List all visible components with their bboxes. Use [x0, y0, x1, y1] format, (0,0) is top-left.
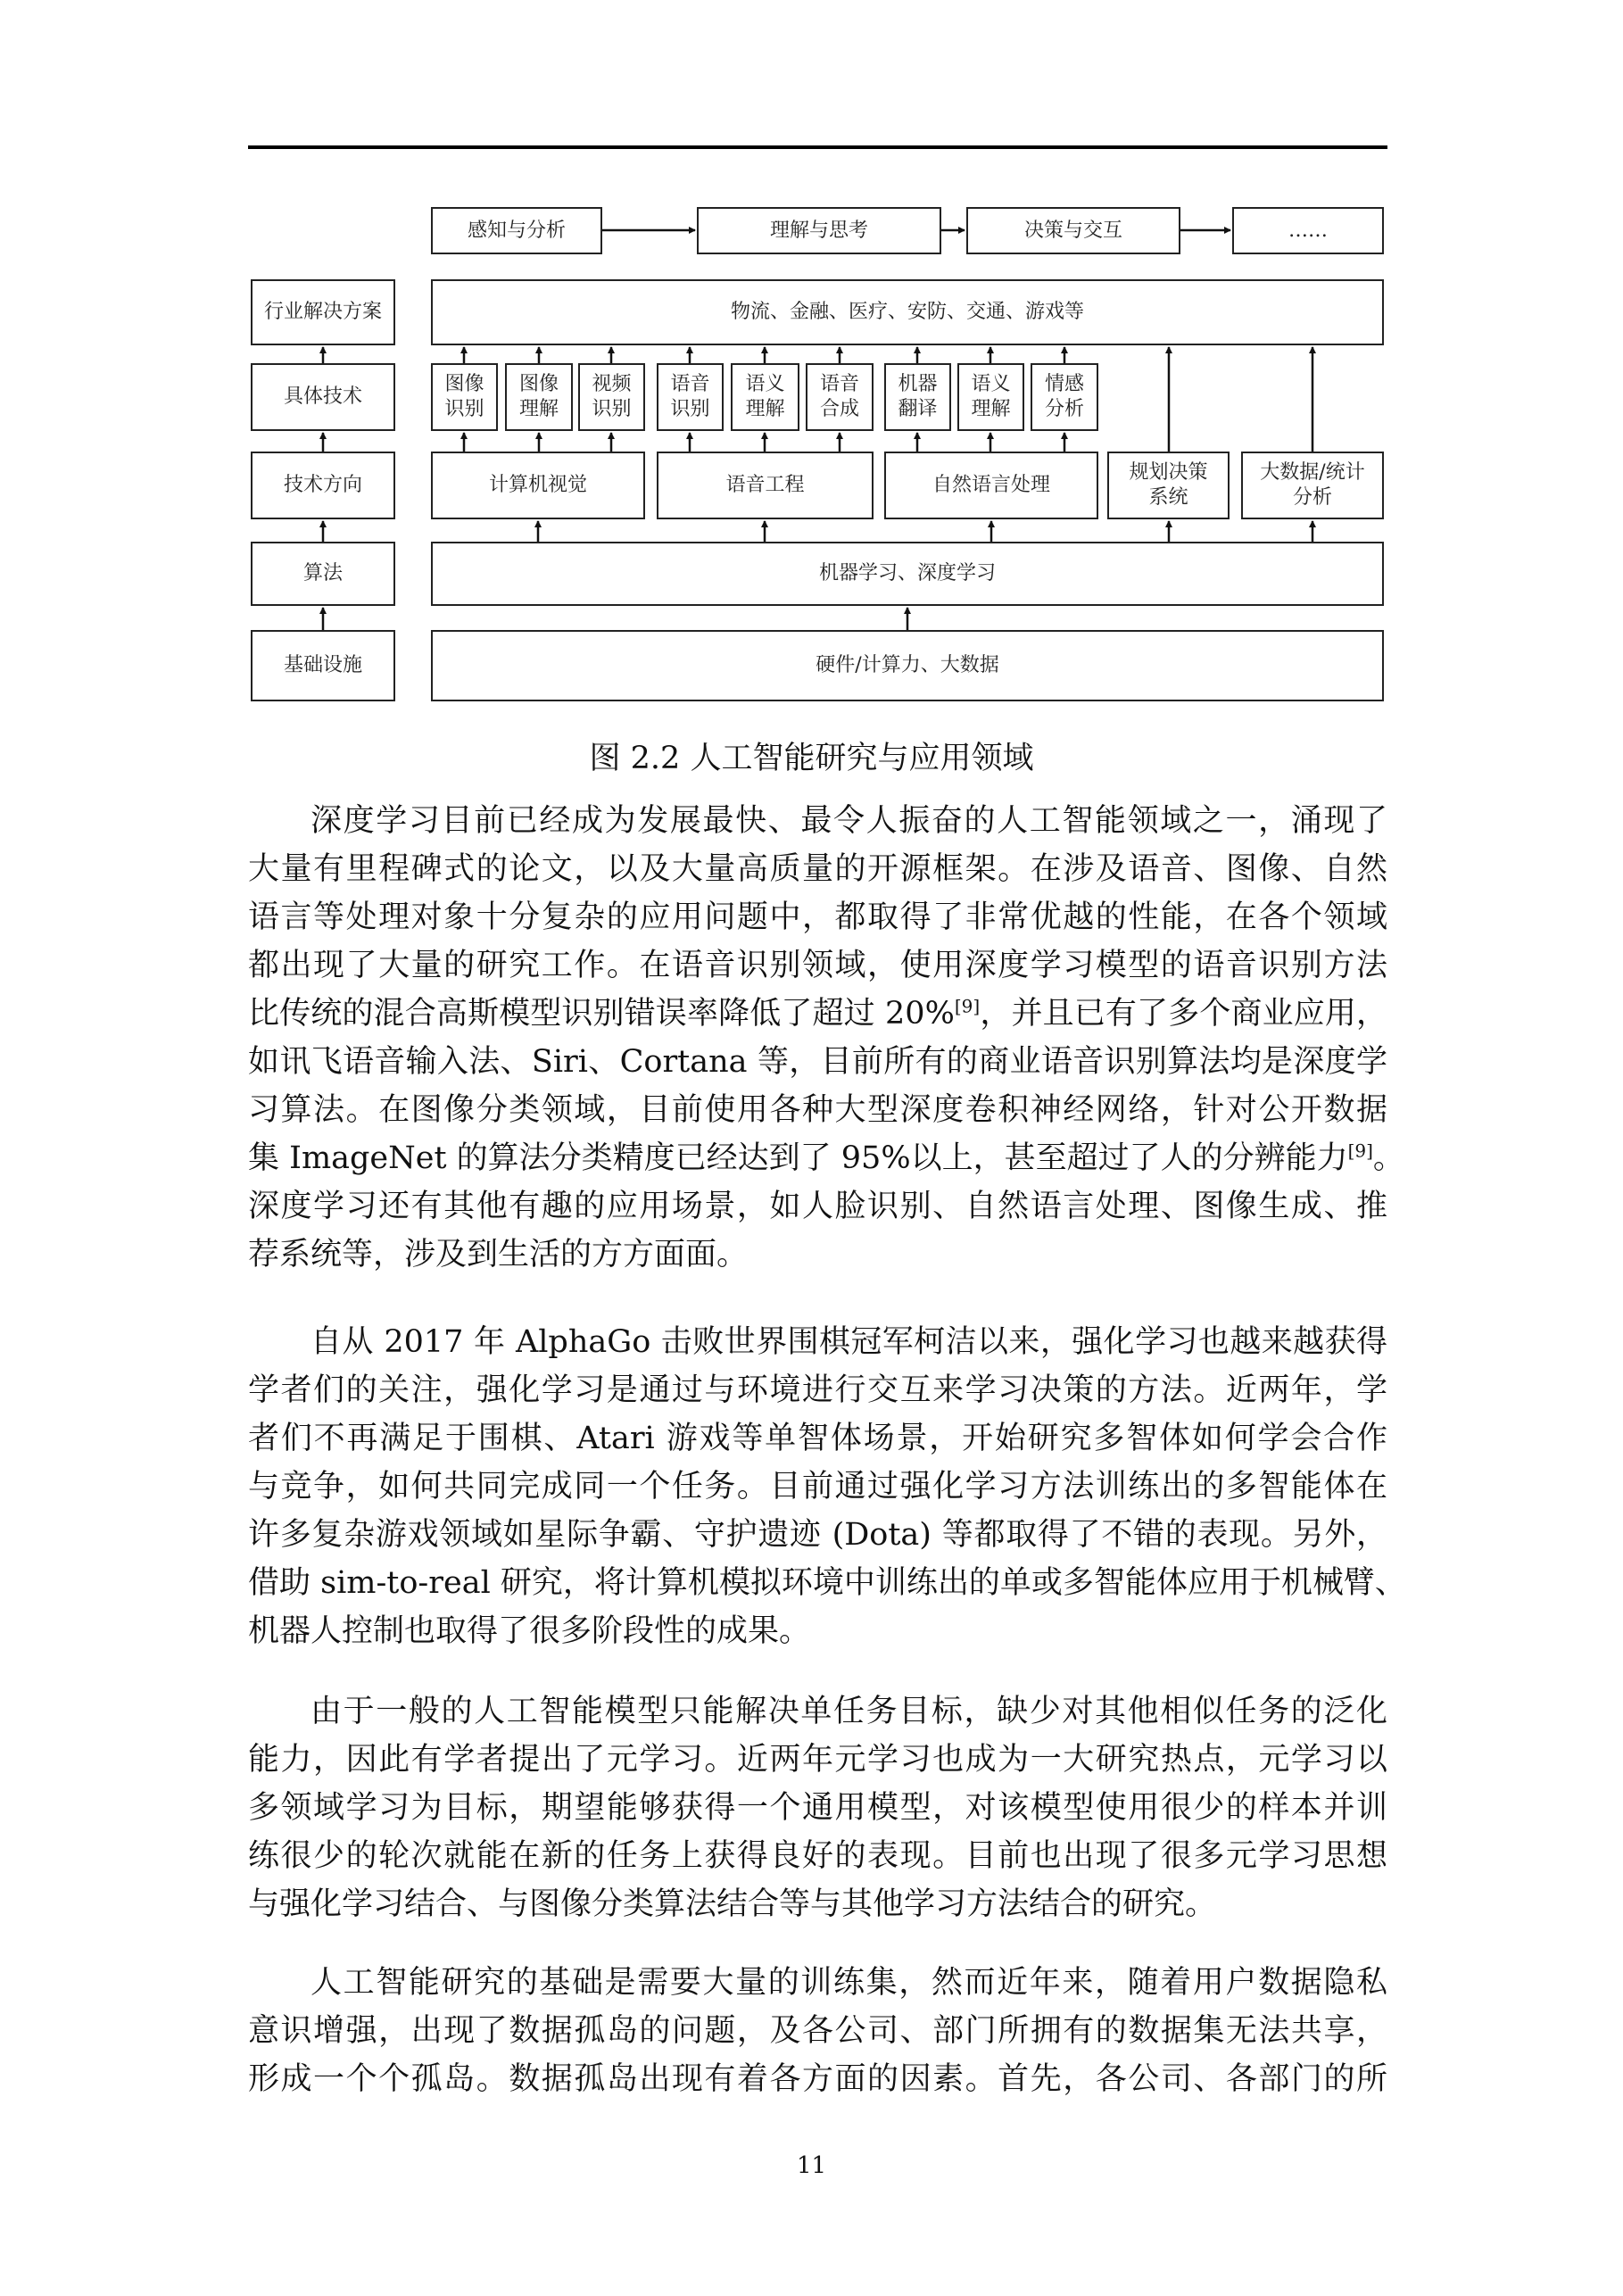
text-line: 借助 sim-to-real 研究，将计算机模拟环境中训练出的单或多智能体应用于…: [248, 1559, 1387, 1607]
text-line: 与竞争，如何共同完成同一个任务。目前通过强化学习方法训练出的多智能体在: [248, 1463, 1387, 1511]
text-line: 语言等处理对象十分复杂的应用问题中，都取得了非常优越的性能，在各个领域: [248, 893, 1387, 941]
text-line: 形成一个个孤岛。数据孤岛出现有着各方面的因素。首先，各公司、各部门的所: [248, 2055, 1387, 2103]
text-line: 者们不再满足于围棋、Atari 游戏等单智体场景，开始研究多智体如何学会合作: [248, 1414, 1387, 1463]
text-line: 深度学习还有其他有趣的应用场景，如人脸识别、自然语言处理、图像生成、推: [248, 1182, 1387, 1231]
text-line: 学者们的关注，强化学习是通过与环境进行交互来学习决策的方法。近两年，学: [248, 1366, 1387, 1414]
text-line: 都出现了大量的研究工作。在语音识别领域，使用深度学习模型的语音识别方法: [248, 941, 1387, 990]
text-line: 比传统的混合高斯模型识别错误率降低了超过 20%[9]，并且已有了多个商业应用，: [248, 990, 1387, 1038]
text-line: 荐系统等，涉及到生活的方方面面。: [248, 1231, 1387, 1279]
text-line: 练很少的轮次就能在新的任务上获得良好的表现。目前也出现了很多元学习思想: [248, 1832, 1387, 1880]
text-line: 习算法。在图像分类领域，目前使用各种大型深度卷积神经网络，针对公开数据: [248, 1086, 1387, 1134]
text-line: 大量有里程碑式的论文，以及大量高质量的开源框架。在涉及语音、图像、自然: [248, 845, 1387, 893]
text-line: 由于一般的人工智能模型只能解决单任务目标，缺少对其他相似任务的泛化: [311, 1687, 1387, 1736]
figure-caption: 图 2.2 人工智能研究与应用领域: [0, 739, 1623, 778]
text-line: 与强化学习结合、与图像分类算法结合等与其他学习方法结合的研究。: [248, 1880, 1387, 1928]
text-line: 集 ImageNet 的算法分类精度已经达到了 95%以上，甚至超过了人的分辨能…: [248, 1134, 1387, 1182]
text-line: 深度学习目前已经成为发展最快、最令人振奋的人工智能领域之一，涌现了: [311, 797, 1387, 845]
text-line: 许多复杂游戏领域如星际争霸、守护遗迹 (Dota) 等都取得了不错的表现。另外，: [248, 1511, 1387, 1559]
text-line: 多领域学习为目标，期望能够获得一个通用模型，对该模型使用很少的样本并训: [248, 1784, 1387, 1832]
diagram-arrows: [0, 0, 1623, 803]
citation-marker: [9]: [1348, 1140, 1373, 1161]
page-number: 11: [0, 2152, 1623, 2179]
text-line: 人工智能研究的基础是需要大量的训练集，然而近年来，随着用户数据隐私: [311, 1959, 1387, 2007]
text-line: 机器人控制也取得了很多阶段性的成果。: [248, 1607, 1387, 1655]
citation-marker: [9]: [955, 995, 980, 1016]
text-line: 能力，因此有学者提出了元学习。近两年元学习也成为一大研究热点，元学习以: [248, 1736, 1387, 1784]
text-line: 如讯飞语音输入法、Siri、Cortana 等，目前所有的商业语音识别算法均是深…: [248, 1038, 1387, 1086]
text-line: 意识增强，出现了数据孤岛的问题，及各公司、部门所拥有的数据集无法共享，: [248, 2007, 1387, 2055]
text-line: 自从 2017 年 AlphaGo 击败世界围棋冠军柯洁以来，强化学习也越来越获…: [311, 1318, 1387, 1366]
